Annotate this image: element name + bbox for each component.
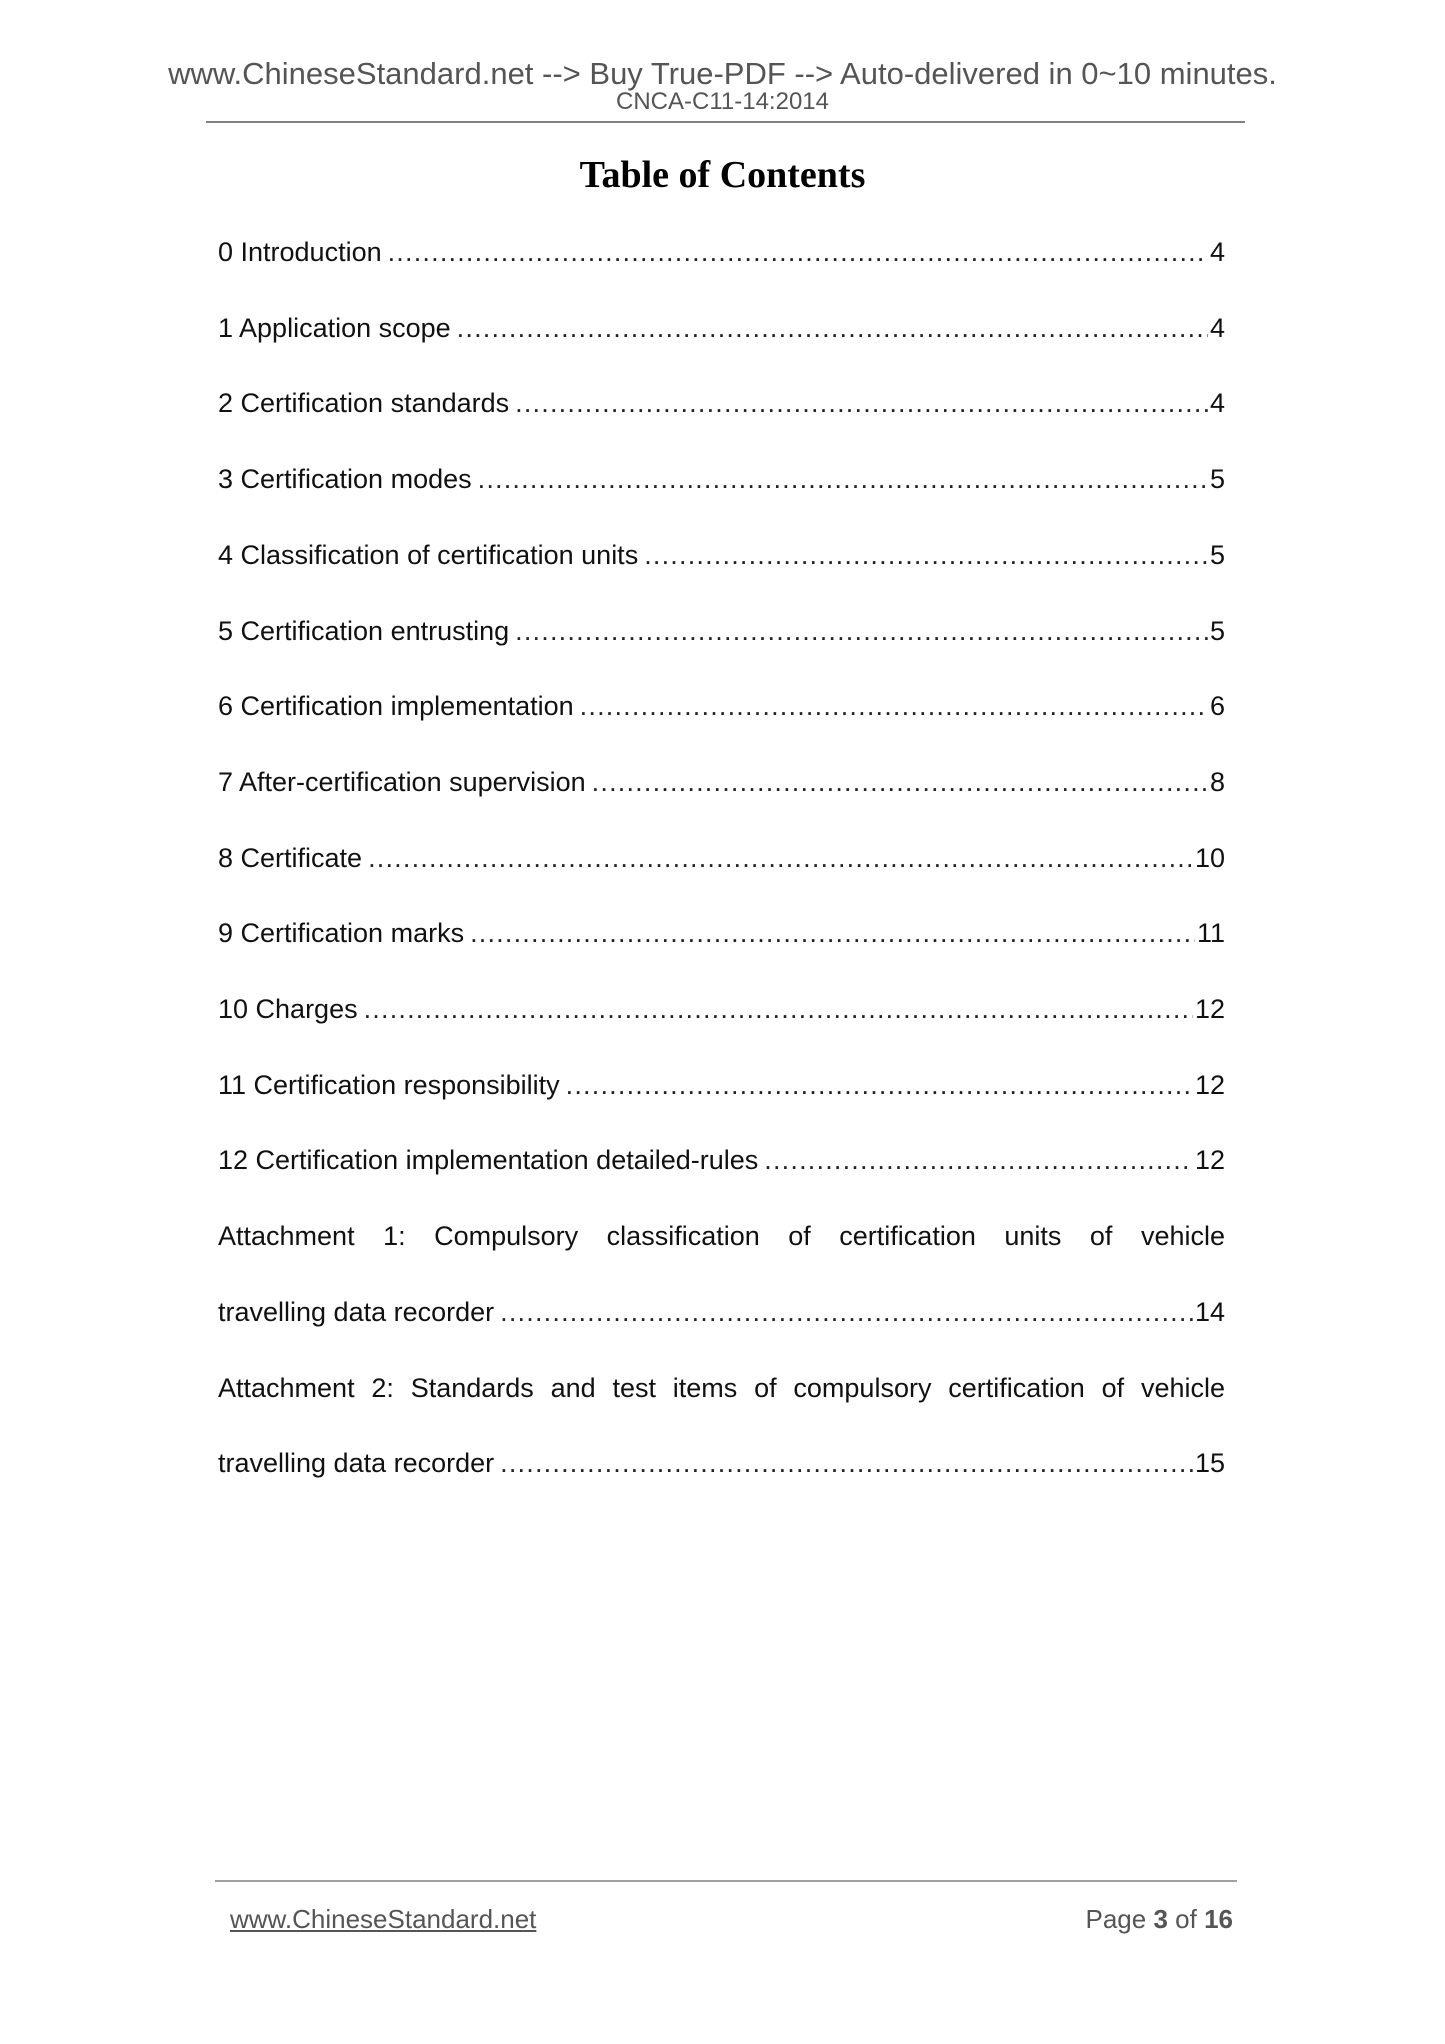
toc-entry-page: 15: [1195, 1446, 1225, 1480]
toc-entry-line[interactable]: Attachment 1: Compulsory classification …: [218, 1219, 1225, 1253]
toc-entry[interactable]: 2 Certification standards4: [218, 386, 1225, 420]
toc-entry[interactable]: travelling data recorder15: [218, 1446, 1225, 1480]
toc-entry-label: 6 Certification implementation: [218, 689, 574, 723]
toc-entry[interactable]: 4 Classification of certification units5: [218, 538, 1225, 572]
dot-leader: [515, 386, 1208, 420]
toc-entry[interactable]: 10 Charges12: [218, 992, 1225, 1026]
dot-leader: [644, 538, 1208, 572]
dot-leader: [592, 765, 1208, 799]
toc-entry[interactable]: 3 Certification modes5: [218, 462, 1225, 496]
dot-leader: [470, 916, 1195, 950]
toc-entry-label: 3 Certification modes: [218, 462, 472, 496]
toc-entry-label: travelling data recorder: [218, 1295, 494, 1329]
toc-entry-label: 4 Classification of certification units: [218, 538, 638, 572]
page-current: 3: [1153, 1904, 1167, 1934]
toc-entry-label: 12 Certification implementation detailed…: [218, 1143, 758, 1177]
toc-entry-page: 5: [1210, 538, 1225, 572]
dot-leader: [364, 992, 1193, 1026]
dot-leader: [388, 235, 1208, 269]
header-doc-code: CNCA-C11-14:2014: [0, 88, 1445, 116]
toc-entry[interactable]: 11 Certification responsibility12: [218, 1068, 1225, 1102]
toc-entry-label: 5 Certification entrusting: [218, 614, 509, 648]
dot-leader: [457, 311, 1208, 345]
toc-entry-page: 8: [1210, 765, 1225, 799]
toc-entry[interactable]: 9 Certification marks11: [218, 916, 1225, 950]
toc-entry-page: 4: [1210, 386, 1225, 420]
header-divider: [206, 121, 1245, 123]
page-title: Table of Contents: [0, 152, 1445, 198]
toc-entry-label: 11 Certification responsibility: [218, 1068, 560, 1102]
toc-entry-page: 4: [1210, 311, 1225, 345]
toc-entry-line[interactable]: Attachment 2: Standards and test items o…: [218, 1371, 1225, 1405]
toc-entry[interactable]: 5 Certification entrusting5: [218, 614, 1225, 648]
toc-entry-label: 0 Introduction: [218, 235, 382, 269]
toc-entry-label: 2 Certification standards: [218, 386, 509, 420]
toc-entry-page: 12: [1195, 1068, 1225, 1102]
toc-entry[interactable]: 6 Certification implementation6: [218, 689, 1225, 723]
dot-leader: [478, 462, 1208, 496]
dot-leader: [566, 1068, 1193, 1102]
dot-leader: [500, 1295, 1193, 1329]
toc-entry-page: 5: [1210, 614, 1225, 648]
toc-entry-page: 11: [1197, 916, 1225, 950]
toc-entry[interactable]: travelling data recorder14: [218, 1295, 1225, 1329]
toc-entry[interactable]: 8 Certificate10: [218, 841, 1225, 875]
toc-entry-page: 4: [1210, 235, 1225, 269]
dot-leader: [580, 689, 1208, 723]
document-page: www.ChineseStandard.net --> Buy True-PDF…: [0, 0, 1445, 2044]
toc-entry-page: 12: [1195, 992, 1225, 1026]
toc-entry[interactable]: 1 Application scope4: [218, 311, 1225, 345]
dot-leader: [764, 1143, 1193, 1177]
dot-leader: [500, 1446, 1193, 1480]
dot-leader: [368, 841, 1193, 875]
toc-entry[interactable]: 7 After-certification supervision8: [218, 765, 1225, 799]
footer-page-number: Page 3 of 16: [1085, 1904, 1233, 1934]
toc-entry-page: 14: [1195, 1295, 1225, 1329]
toc-entry-label: 8 Certificate: [218, 841, 362, 875]
toc-entry-page: 5: [1210, 462, 1225, 496]
dot-leader: [515, 614, 1208, 648]
toc-entry-label: 1 Application scope: [218, 311, 451, 345]
page-of: of: [1175, 1904, 1197, 1934]
footer-divider: [215, 1880, 1237, 1882]
toc-entry-page: 6: [1210, 689, 1225, 723]
toc-entry[interactable]: 12 Certification implementation detailed…: [218, 1143, 1225, 1177]
toc-entry-label: 10 Charges: [218, 992, 358, 1026]
toc-entry-label: 7 After-certification supervision: [218, 765, 586, 799]
toc-entry-label: travelling data recorder: [218, 1446, 494, 1480]
page-prefix: Page: [1085, 1904, 1146, 1934]
page-total: 16: [1204, 1904, 1233, 1934]
toc-entry-page: 10: [1195, 841, 1225, 875]
footer-website-link[interactable]: www.ChineseStandard.net: [230, 1904, 536, 1934]
toc-entry[interactable]: 0 Introduction4: [218, 235, 1225, 269]
header-banner: www.ChineseStandard.net --> Buy True-PDF…: [0, 56, 1445, 92]
toc-entry-page: 12: [1195, 1143, 1225, 1177]
toc-entry-label: 9 Certification marks: [218, 916, 464, 950]
